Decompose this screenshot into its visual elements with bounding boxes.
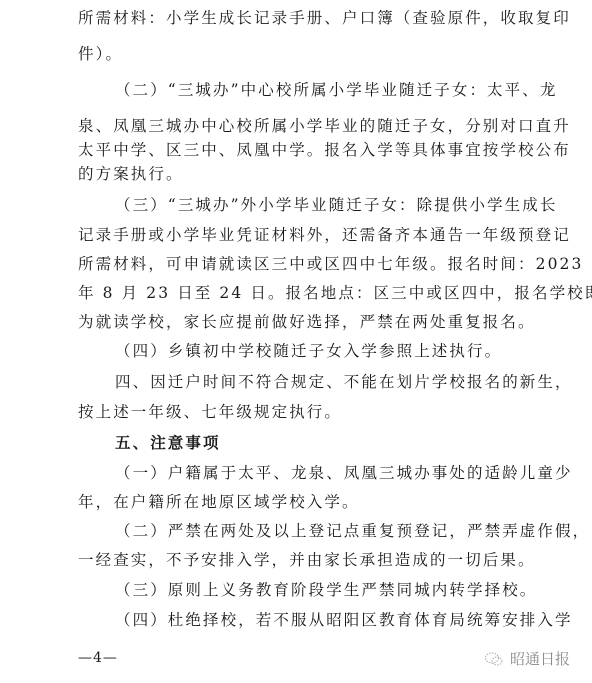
text-line: 记录手册或小学毕业凭证材料外，还需备齐本通告一年级预登记 (78, 225, 571, 245)
text-line: 太平中学、区三中、凤凰中学。报名入学等具体事宜按学校公布 (78, 140, 571, 160)
watermark: 昭通日报 (484, 648, 570, 669)
page-number: —4— (78, 650, 118, 666)
text-line: 为就读学校，家长应提前做好选择，严禁在两处重复报名。 (78, 312, 536, 332)
notice-item-3-line: （三）原则上义务教育阶段学生严禁同城内转学择校。 (115, 580, 537, 600)
section-4-line: （四）乡镇初中学校随迁子女入学参照上述执行。 (115, 341, 502, 361)
text-line: 件）。 (78, 44, 123, 64)
item-four-line: 四、因迁户时间不符合规定、不能在划片学校报名的新生， (115, 372, 573, 392)
text-line: 按上述一年级、七年级规定执行。 (78, 402, 342, 422)
section-3-heading-line: （三）“三城办”外小学毕业随迁子女：除提供小学生成长 (115, 195, 557, 215)
wechat-icon (484, 651, 504, 667)
text-line: 所需材料，可申请就读区三中或区四中七年级。报名时间：2023 (78, 254, 583, 274)
notice-item-4-line: （四）杜绝择校，若不服从昭阳区教育体育局统筹安排入学 (115, 610, 573, 630)
text-line: 年 8 月 23 日至 24 日。报名地点：区三中或区四中，报名学校即 (78, 283, 592, 303)
notice-item-1-line: （一）户籍属于太平、龙泉、凤凰三城办事处的适龄儿童少 (115, 463, 573, 483)
text-line: 所需材料：小学生成长记录手册、户口簿（查验原件，收取复印 (78, 8, 571, 28)
text-line: 的方案执行。 (78, 164, 184, 184)
notice-item-2-line: （二）严禁在两处及以上登记点重复预登记，严禁弄虚作假， (115, 521, 590, 541)
text-line: 一经查实，不予安排入学，并由家长承担造成的一切后果。 (78, 550, 536, 570)
section-five-heading: 五、注意事项 (115, 433, 221, 453)
text-line: 年，在户籍所在地原区域学校入学。 (78, 492, 360, 512)
text-line: 泉、凤凰三城办中心校所属小学毕业的随迁子女，分别对口直升 (78, 116, 571, 136)
section-2-heading-line: （二）“三城办”中心校所属小学毕业随迁子女：太平、龙 (115, 80, 557, 100)
watermark-label: 昭通日报 (510, 648, 570, 669)
